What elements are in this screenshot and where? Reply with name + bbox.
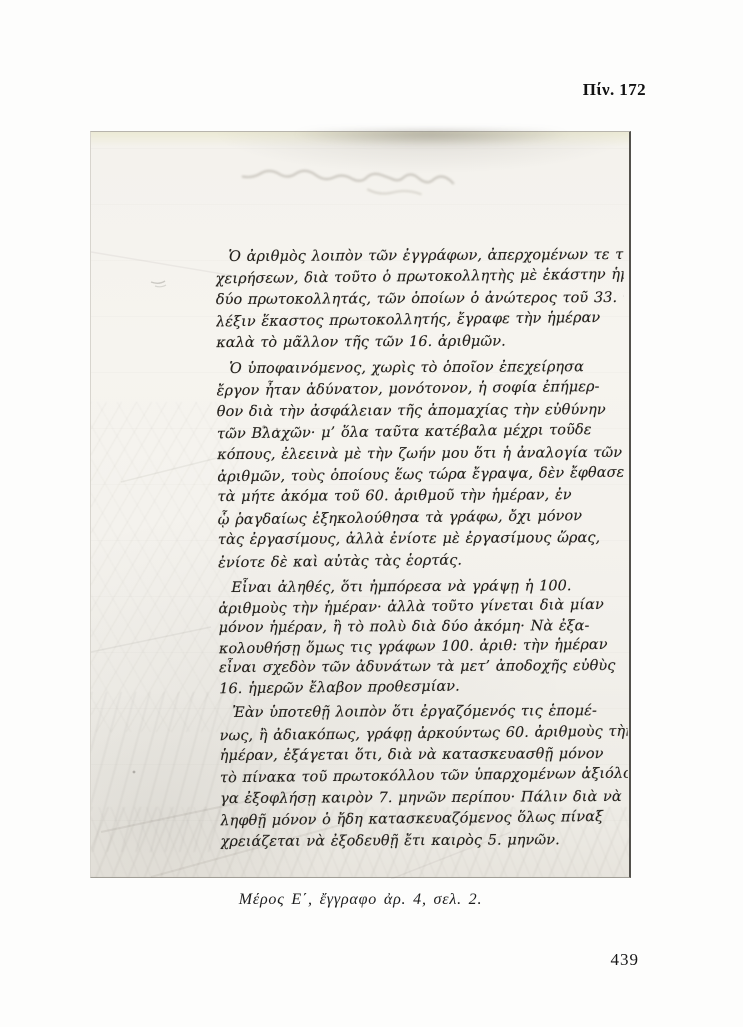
manuscript-paragraph: Εἶναι ἀληθές, ὅτι ἠμπόρεσα νὰ γράψῃ ἡ 10… bbox=[218, 575, 627, 699]
manuscript-paragraph: Ἐὰν ὑποτεθῇ λοιπὸν ὅτι ἐργαζόμενός τις ἑ… bbox=[219, 700, 628, 853]
page-number: 439 bbox=[611, 950, 640, 970]
manuscript-line: τῶν Βλαχῶν· μ’ ὅλα ταῦτα κατέβαλα μέχρι … bbox=[217, 420, 625, 446]
manuscript-paragraph: Ὁ ἀριθμὸς λοιπὸν τῶν ἐγγράφων, ἀπερχομέν… bbox=[215, 244, 624, 355]
manuscript-line: τὸ πίνακα τοῦ πρωτοκόλλου τῶν ὑπαρχομένω… bbox=[220, 764, 628, 790]
manuscript-line: καλὰ τὸ μᾶλλον τῆς τῶν 16. ἀριθμῶν. bbox=[216, 331, 624, 355]
manuscript-photo: Ὁ ἀριθμὸς λοιπὸν τῶν ἐγγράφων, ἀπερχομέν… bbox=[90, 131, 631, 878]
plate-label: Πίν. 172 bbox=[583, 80, 646, 100]
manuscript-line: λέξιν ἕκαστος πρωτοκολλητής, ἔγραφε τὴν … bbox=[216, 308, 624, 334]
book-page: Πίν. 172 bbox=[0, 0, 743, 1027]
manuscript-line: τὰς ἐργασίμους, ἀλλὰ ἐνίοτε μὲ ἐργασίμου… bbox=[218, 528, 626, 552]
figure-caption: Μέρος Ε΄, ἔγγραφο ἀρ. 4, σελ. 2. bbox=[90, 890, 631, 910]
manuscript-line: ἐνίοτε δὲ καὶ αὐτὰς τὰς ἑορτάς. bbox=[218, 548, 626, 574]
manuscript-paragraph: Ὁ ὑποφαινόμενος, χωρὶς τὸ ὁποῖον ἐπεχείρ… bbox=[216, 356, 626, 574]
manuscript-text: Ὁ ἀριθμὸς λοιπὸν τῶν ἐγγράφων, ἀπερχομέν… bbox=[215, 244, 628, 858]
scan-smudge bbox=[291, 129, 571, 147]
manuscript-line: ληφθῇ μόνον ὁ ἤδη κατασκευαζόμενος ὅλως … bbox=[220, 807, 628, 833]
ink-bleedthrough-marks bbox=[230, 153, 462, 211]
manuscript-line: 16. ἡμερῶν ἔλαβον προθεσμίαν. bbox=[219, 675, 627, 700]
manuscript-line: χειρήσεων, διὰ τοῦτο ὁ πρωτοκολλητὴς μὲ … bbox=[216, 265, 624, 291]
manuscript-line: Ἐὰν ὑποτεθῇ λοιπὸν ὅτι ἐργαζόμενός τις ἑ… bbox=[219, 701, 627, 725]
manuscript-line: χρειάζεται νὰ ἐξοδευθῇ ἔτι καιρὸς 5. μην… bbox=[220, 829, 628, 853]
manuscript-line: ἔργον ἦταν ἀδύνατον, μονότονον, ἡ σοφία … bbox=[216, 377, 624, 403]
